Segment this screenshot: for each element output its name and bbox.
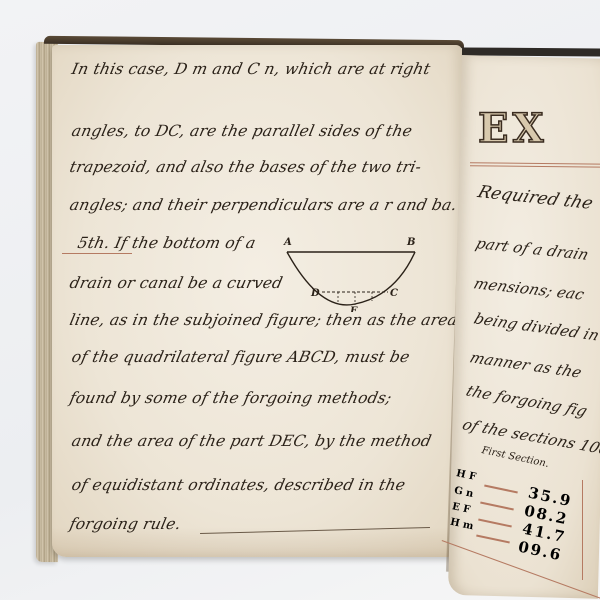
label-a: A	[283, 237, 292, 248]
text-line: angles; and their perpendiculars are a r…	[68, 196, 459, 214]
text-line: angles, to DC, are the parallel sides of…	[70, 122, 414, 140]
open-manuscript-book: In this case, D m and C n, which are at …	[0, 0, 600, 600]
text-line: of the quadrilateral figure ABCD, must b…	[70, 348, 411, 366]
text-line: found by some of the forgoing methods;	[68, 389, 393, 407]
text-line: drain or canal be a curved	[68, 274, 284, 292]
text-line: of equidistant ordinates, described in t…	[70, 476, 407, 494]
table-vertical-rule	[582, 480, 583, 580]
curved-canal-diagram-icon: A B D C E	[280, 232, 420, 312]
canal-cross-section-figure: A B D C E	[280, 232, 420, 312]
label-d: D	[310, 288, 320, 299]
text-line: and the area of the part DEC, by the met…	[70, 432, 433, 450]
label-c: C	[390, 288, 398, 299]
text-line: forgoing rule.	[68, 515, 183, 533]
text-line: trapezoid, and also the bases of the two…	[68, 158, 423, 176]
label-e: E	[349, 306, 358, 312]
label-b: B	[406, 237, 415, 248]
text-line: line, as in the subjoined figure; then a…	[68, 311, 459, 329]
red-underline	[62, 253, 132, 254]
section-heading: 5th. If the bottom of a	[76, 234, 257, 252]
text-line: In this case, D m and C n, which are at …	[70, 60, 432, 78]
ornamental-heading: EX	[478, 105, 548, 152]
